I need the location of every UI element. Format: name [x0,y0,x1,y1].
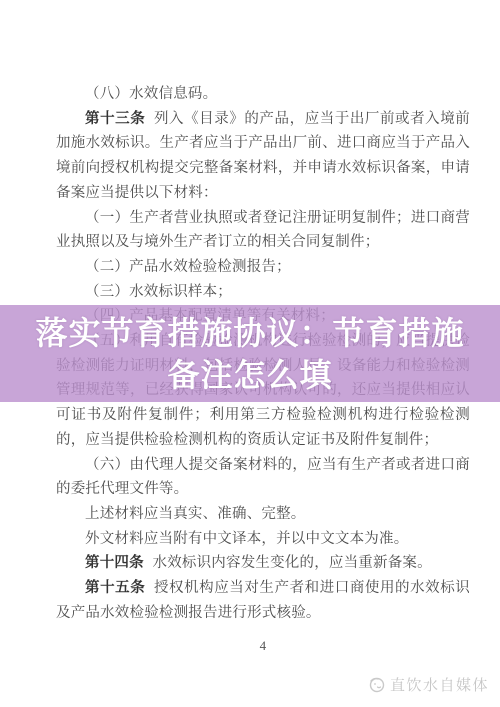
article-number: 第十四条 [85,555,144,571]
paragraph-text: （三）水效标识样本； [85,284,232,300]
paragraph-text: （八）水效信息码。 [85,86,217,102]
paragraph-text: （六）由代理人提交备案材料的，应当有生产者或者进口商的委托代理文件等。 [56,457,470,498]
article-number: 第十五条 [85,580,145,596]
headline-line-2: 备注怎么填 [167,354,332,396]
watermark-logo-icon [367,676,386,693]
watermark: 直饮水自媒体 [367,674,489,695]
paragraph-item-2: （二）产品水效检验检测报告； [56,255,470,280]
paragraph-item-1: （一）生产者营业执照或者登记注册证明复制件；进口商营业执照以及与境外生产者订立的… [56,206,470,255]
paragraph-materials-note: 上述材料应当真实、准确、完整。 [56,502,470,527]
paragraph-text: （一）生产者营业执照或者登记注册证明复制件；进口商营业执照以及与境外生产者订立的… [56,210,470,251]
paragraph-article-14: 第十四条水效标识内容发生变化的，应当重新备案。 [56,551,470,576]
paragraph-article-15: 第十五条授权机构应当对生产者和进口商使用的水效标识及产品水效检验检测报告进行形式… [56,576,470,625]
paragraph-item-8: （八）水效信息码。 [56,82,470,107]
paragraph-item-6: （六）由代理人提交备案材料的，应当有生产者或者进口商的委托代理文件等。 [56,453,470,502]
article-number: 第十三条 [85,111,145,127]
watermark-label: 直饮水自媒体 [390,674,489,695]
document-page: （八）水效信息码。 第十三条列入《目录》的产品，应当于出厂前或者入境前加施水效标… [0,0,500,707]
paragraph-text: 上述材料应当真实、准确、完整。 [85,506,306,522]
paragraph-text: （二）产品水效检验检测报告； [85,259,291,275]
paragraph-foreign-note: 外文材料应当附有中文译本，并以中文文本为准。 [56,527,470,552]
paragraph-text: 外文材料应当附有中文译本，并以中文文本为准。 [85,531,408,547]
headline-line-1: 落实节育措施协议：节育措施 [35,312,464,354]
paragraph-article-13: 第十三条列入《目录》的产品，应当于出厂前或者入境前加施水效标识。生产者应当于产品… [56,107,470,206]
paragraph-item-3: （三）水效标识样本； [56,280,470,305]
paragraph-text: 水效标识内容发生变化的，应当重新备案。 [153,555,432,571]
page-number: 4 [56,634,470,659]
headline-overlay-banner: 落实节育措施协议：节育措施 备注怎么填 [0,305,500,402]
